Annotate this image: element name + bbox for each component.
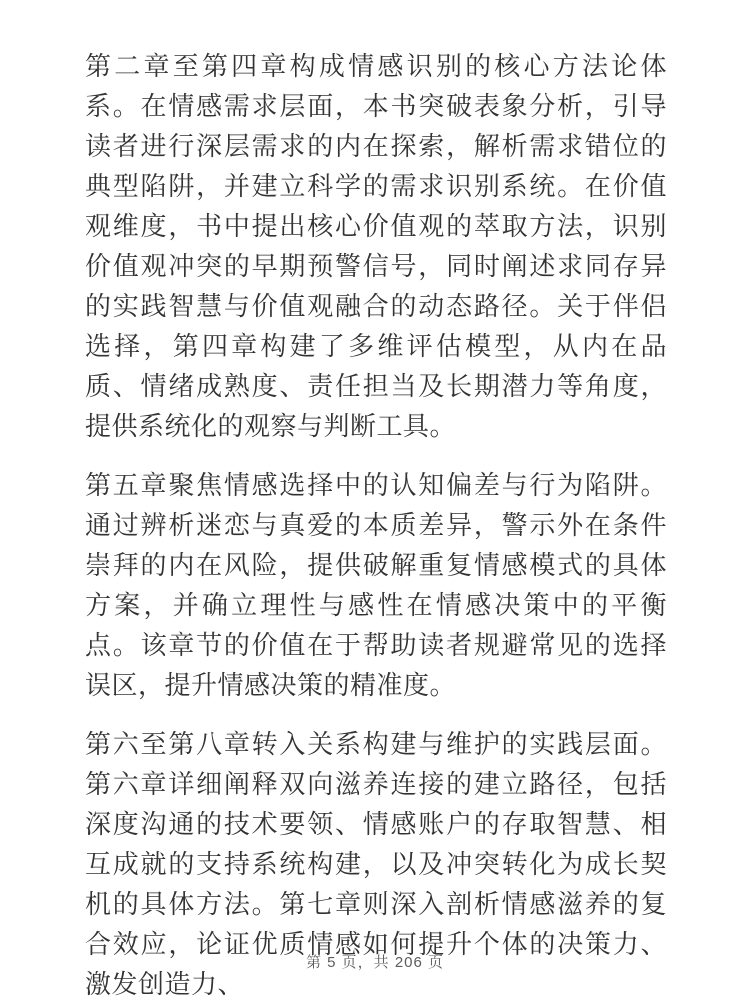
page-body-text: 第二章至第四章构成情感识别的核心方法论体系。在情感需求层面，本书突破表象分析，引… — [85, 46, 667, 1000]
paragraph-2: 第五章聚焦情感选择中的认知偏差与行为陷阱。通过辨析迷恋与真爱的本质差异，警示外在… — [85, 465, 667, 705]
page-number-footer: 第 5 页，共 206 页 — [0, 953, 750, 973]
document-page: 第二章至第四章构成情感识别的核心方法论体系。在情感需求层面，本书突破表象分析，引… — [0, 0, 750, 1000]
paragraph-1: 第二章至第四章构成情感识别的核心方法论体系。在情感需求层面，本书突破表象分析，引… — [85, 46, 667, 446]
